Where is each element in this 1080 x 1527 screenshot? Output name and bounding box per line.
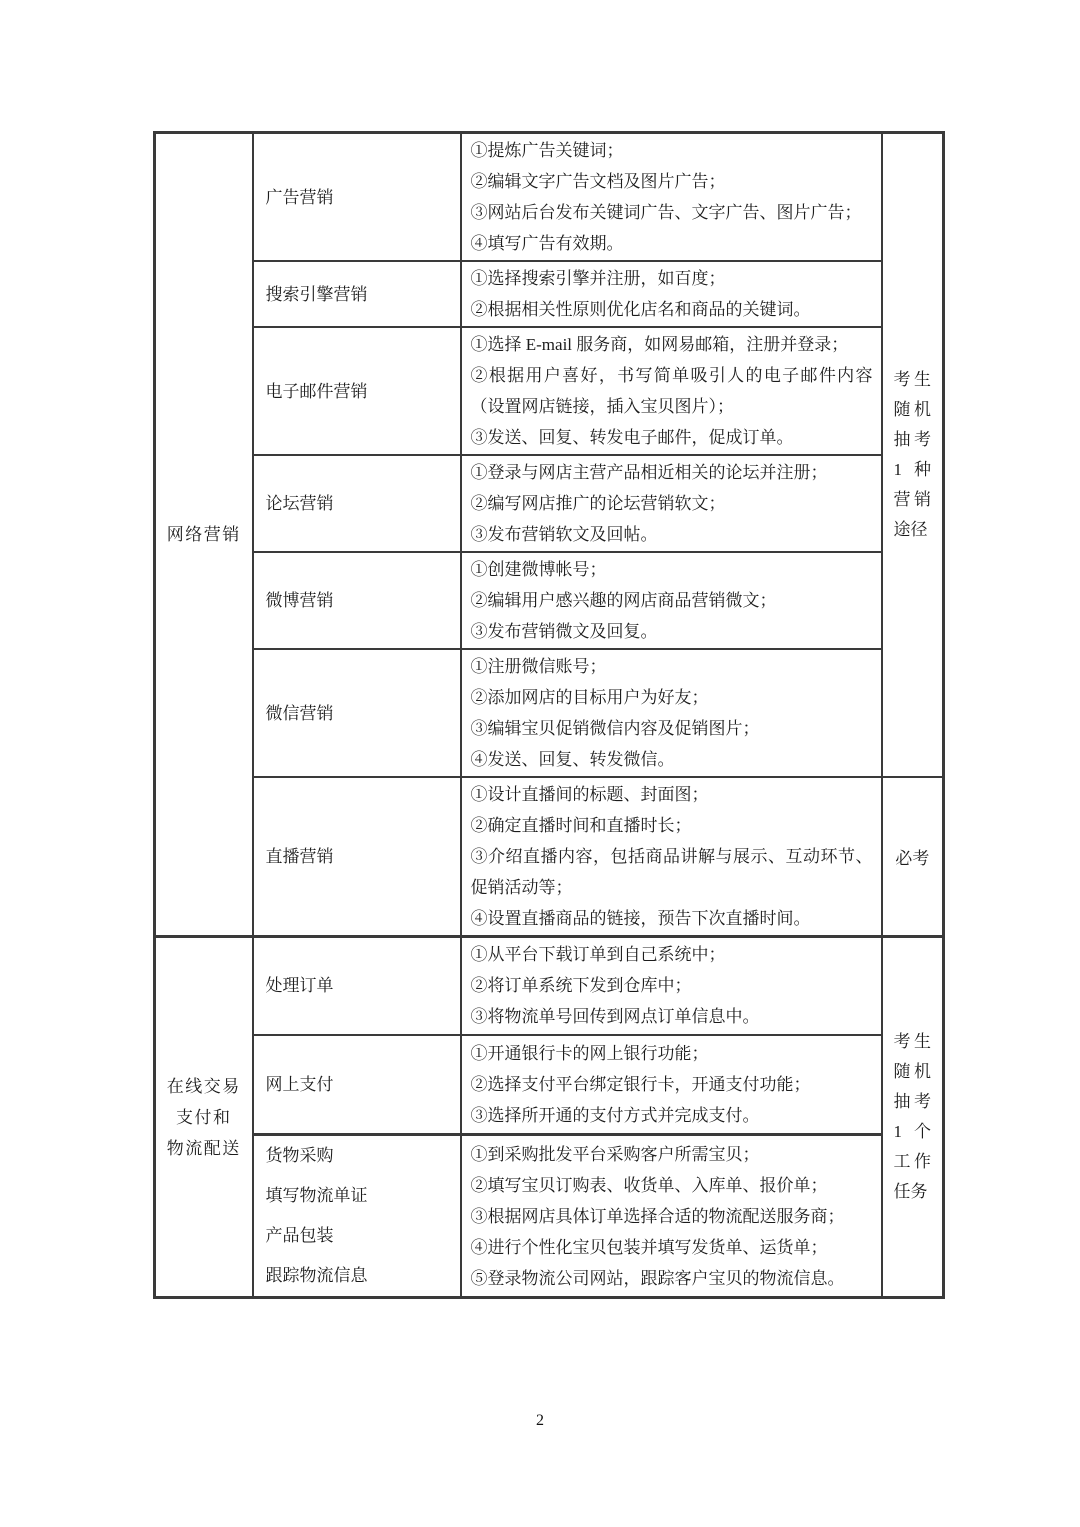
steps-cell-forum-marketing: ①登录与网店主营产品相近相关的论坛并注册； ②编写网店推广的论坛营销软文； ③发… <box>461 455 882 552</box>
exam-note-cell-work-task: 考生 随机 抽考 1个 工作 任务 <box>882 937 944 1298</box>
row-label-text: 微博营销 <box>266 585 456 616</box>
step-text: ②根据相关性原则优化店名和商品的关键词。 <box>471 294 873 325</box>
page-number: 2 <box>0 1412 1080 1430</box>
step-text: ④发送、回复、转发微信。 <box>471 744 873 775</box>
row-label-text: 论坛营销 <box>266 488 456 519</box>
note-line: 工作 <box>894 1147 932 1177</box>
note-line: 考生 <box>894 1027 932 1057</box>
row-label-ad-marketing: 广告营销 <box>253 133 461 262</box>
row-label-line: 产品包装 <box>266 1216 456 1256</box>
step-text: ③介绍直播内容，包括商品讲解与展示、互动环节、促销活动等； <box>471 841 873 903</box>
step-text: ②选择支付平台绑定银行卡，开通支付功能； <box>471 1069 873 1100</box>
step-text: ③编辑宝贝促销微信内容及促销图片； <box>471 713 873 744</box>
row-label-live-marketing: 直播营销 <box>253 777 461 937</box>
step-text: ①登录与网店主营产品相近相关的论坛并注册； <box>471 457 873 488</box>
step-text: ①从平台下载订单到自己系统中； <box>471 939 873 970</box>
note-line: 1个 <box>894 1117 932 1147</box>
step-text: ②确定直播时间和直播时长； <box>471 810 873 841</box>
row-label-text: 网上支付 <box>266 1069 456 1100</box>
row-label-forum-marketing: 论坛营销 <box>253 455 461 552</box>
step-text: ①注册微信账号； <box>471 651 873 682</box>
step-text: ④填写广告有效期。 <box>471 228 873 259</box>
row-label-procurement-logistics: 货物采购 填写物流单证 产品包装 跟踪物流信息 <box>253 1135 461 1298</box>
step-text: ②编写网店推广的论坛营销软文； <box>471 488 873 519</box>
note-line: 任务 <box>894 1177 932 1207</box>
step-text: ①开通银行卡的网上银行功能； <box>471 1038 873 1069</box>
step-text: ②将订单系统下发到仓库中； <box>471 970 873 1001</box>
step-text: ③发布营销微文及回复。 <box>471 616 873 647</box>
step-text: ②根据用户喜好，书写简单吸引人的电子邮件内容（设置网店链接，插入宝贝图片）； <box>471 360 873 422</box>
step-text: ①创建微博帐号； <box>471 554 873 585</box>
content-table: 网络营销 广告营销 ①提炼广告关键词； ②编辑文字广告文档及图片广告； ③网站后… <box>153 131 945 1299</box>
exam-note-cell-marketing: 考生 随机 抽考 1种 营销 途径 <box>882 133 944 778</box>
steps-cell-ad-marketing: ①提炼广告关键词； ②编辑文字广告文档及图片广告； ③网站后台发布关键词广告、文… <box>461 133 882 262</box>
row-label-text: 广告营销 <box>266 182 456 213</box>
row-label-text: 搜索引擎营销 <box>266 279 456 310</box>
note-line: 抽考 <box>894 425 932 455</box>
step-text: ①到采购批发平台采购客户所需宝贝； <box>471 1139 873 1170</box>
category-line: 在线交易 <box>156 1071 252 1102</box>
steps-cell-online-payment: ①开通银行卡的网上银行功能； ②选择支付平台绑定银行卡，开通支付功能； ③选择所… <box>461 1035 882 1135</box>
step-text: ①选择搜索引擎并注册，如百度； <box>471 263 873 294</box>
row-label-online-payment: 网上支付 <box>253 1035 461 1135</box>
step-text: ④进行个性化宝贝包装并填写发货单、运货单； <box>471 1232 873 1263</box>
steps-cell-process-orders: ①从平台下载订单到自己系统中； ②将订单系统下发到仓库中； ③将物流单号回传到网… <box>461 937 882 1035</box>
step-text: ②编辑文字广告文档及图片广告； <box>471 166 873 197</box>
steps-cell-wechat-marketing: ①注册微信账号； ②添加网店的目标用户为好友； ③编辑宝贝促销微信内容及促销图片… <box>461 649 882 777</box>
document-page: { "page": { "number": "2" }, "table": { … <box>0 0 1080 1527</box>
row-label-text: 微信营销 <box>266 698 456 729</box>
note-line: 途径 <box>894 515 932 545</box>
step-text: ②添加网店的目标用户为好友； <box>471 682 873 713</box>
category-label: 网络营销 <box>156 519 252 550</box>
step-text: ③网站后台发布关键词广告、文字广告、图片广告； <box>471 197 873 228</box>
step-text: ②填写宝贝订购表、收货单、入库单、报价单； <box>471 1170 873 1201</box>
row-label-text: 直播营销 <box>266 841 456 872</box>
step-text: ①设计直播间的标题、封面图； <box>471 779 873 810</box>
category-line: 支付和 <box>156 1102 252 1133</box>
category-cell-network-marketing: 网络营销 <box>155 133 253 937</box>
step-text: ⑤登录物流公司网站，跟踪客户宝贝的物流信息。 <box>471 1263 873 1294</box>
row-label-email-marketing: 电子邮件营销 <box>253 327 461 455</box>
note-line: 随机 <box>894 395 932 425</box>
step-text: ③发布营销软文及回帖。 <box>471 519 873 550</box>
steps-cell-search-engine-marketing: ①选择搜索引擎并注册，如百度； ②根据相关性原则优化店名和商品的关键词。 <box>461 261 882 327</box>
mandatory-cell: 必考 <box>882 777 944 937</box>
row-label-text: 处理订单 <box>266 970 456 1001</box>
category-line: 物流配送 <box>156 1133 252 1164</box>
row-label-line: 跟踪物流信息 <box>266 1256 456 1296</box>
row-label-wechat-marketing: 微信营销 <box>253 649 461 777</box>
note-line: 抽考 <box>894 1087 932 1117</box>
note-line: 1种 <box>894 455 932 485</box>
row-label-process-orders: 处理订单 <box>253 937 461 1035</box>
step-text: ①选择 E-mail 服务商，如网易邮箱，注册并登录； <box>471 329 873 360</box>
step-text: ①提炼广告关键词； <box>471 135 873 166</box>
note-line: 随机 <box>894 1057 932 1087</box>
step-text: ③根据网店具体订单选择合适的物流配送服务商； <box>471 1201 873 1232</box>
step-text: ④设置直播商品的链接，预告下次直播时间。 <box>471 903 873 934</box>
step-text: ③选择所开通的支付方式并完成支付。 <box>471 1100 873 1131</box>
step-text: ③发送、回复、转发电子邮件，促成订单。 <box>471 422 873 453</box>
note-line: 考生 <box>894 365 932 395</box>
row-label-line: 货物采购 <box>266 1136 456 1176</box>
row-label-weibo-marketing: 微博营销 <box>253 552 461 649</box>
mandatory-label: 必考 <box>895 849 929 868</box>
row-label-search-engine-marketing: 搜索引擎营销 <box>253 261 461 327</box>
note-line: 营销 <box>894 485 932 515</box>
steps-cell-procurement-logistics: ①到采购批发平台采购客户所需宝贝； ②填写宝贝订购表、收货单、入库单、报价单； … <box>461 1135 882 1298</box>
step-text: ③将物流单号回传到网点订单信息中。 <box>471 1001 873 1032</box>
step-text: ②编辑用户感兴趣的网店商品营销微文； <box>471 585 873 616</box>
steps-cell-weibo-marketing: ①创建微博帐号； ②编辑用户感兴趣的网店商品营销微文； ③发布营销微文及回复。 <box>461 552 882 649</box>
category-cell-online-trade: 在线交易 支付和 物流配送 <box>155 937 253 1298</box>
row-label-line: 填写物流单证 <box>266 1176 456 1216</box>
steps-cell-email-marketing: ①选择 E-mail 服务商，如网易邮箱，注册并登录； ②根据用户喜好，书写简单… <box>461 327 882 455</box>
steps-cell-live-marketing: ①设计直播间的标题、封面图； ②确定直播时间和直播时长； ③介绍直播内容，包括商… <box>461 777 882 937</box>
row-label-text: 电子邮件营销 <box>266 376 456 407</box>
